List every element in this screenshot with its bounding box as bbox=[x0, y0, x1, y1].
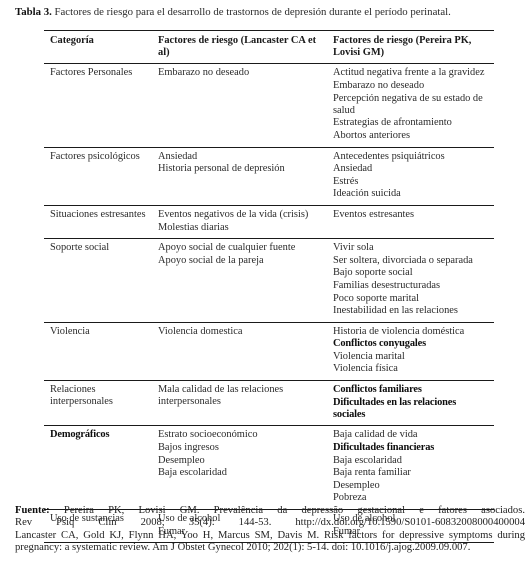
category-cell: Soporte social bbox=[44, 239, 152, 323]
risk-factor-item: Baja escolaridad bbox=[158, 467, 323, 479]
pereira-factors-cell: Baja calidad de vidaDificultades financi… bbox=[327, 426, 494, 510]
header-category: Categoría bbox=[44, 31, 152, 64]
risk-factor-item: Conflictos familiares bbox=[333, 384, 490, 396]
pereira-factors-cell: Conflictos familiaresDificultades en las… bbox=[327, 381, 494, 426]
risk-factor-item: Historia de violencia doméstica bbox=[333, 326, 490, 338]
risk-factor-item: Violencia domestica bbox=[158, 326, 323, 338]
risk-factor-item: Antecedentes psiquiátricos bbox=[333, 151, 490, 163]
risk-factor-item: Actitud negativa frente a la gravidez bbox=[333, 67, 490, 79]
risk-factor-item: Desempleo bbox=[158, 455, 323, 467]
risk-factor-item: Pobreza bbox=[333, 492, 490, 504]
pereira-factors-cell: Historia de violencia domésticaConflicto… bbox=[327, 322, 494, 380]
risk-factor-item: Estrato socioeconómico bbox=[158, 429, 323, 441]
risk-factor-item: Violencia marital bbox=[333, 351, 490, 363]
header-lancaster: Factores de riesgo (Lancaster CA et al) bbox=[152, 31, 327, 64]
risk-factor-item: Desempleo bbox=[333, 480, 490, 492]
caption-label: Tabla 3. bbox=[15, 6, 52, 18]
lancaster-factors-cell: Estrato socioeconómicoBajos ingresosDese… bbox=[152, 426, 327, 510]
pereira-factors-cell: Vivir solaSer soltera, divorciada o sepa… bbox=[327, 239, 494, 323]
risk-factor-item: Baja calidad de vida bbox=[333, 429, 490, 441]
lancaster-factors-cell: Mala calidad de las relaciones interpers… bbox=[152, 381, 327, 426]
risk-factor-item: Percepción negativa de su estado de salu… bbox=[333, 93, 490, 117]
lancaster-factors-cell: Embarazo no deseado bbox=[152, 64, 327, 147]
category-cell: Factores psicológicos bbox=[44, 147, 152, 205]
risk-factor-item: Violencia física bbox=[333, 363, 490, 375]
pereira-factors-cell: Antecedentes psiquiátricosAnsiedadEstrés… bbox=[327, 147, 494, 205]
risk-factors-table: Categoría Factores de riesgo (Lancaster … bbox=[44, 30, 494, 543]
risk-factor-item: Familias desestructuradas bbox=[333, 280, 490, 292]
footnote-line-1: Fuente: Pereira PK, Lovisi GM. Prevalênc… bbox=[15, 505, 525, 517]
risk-factor-item: Molestias diarias bbox=[158, 222, 323, 234]
category-label: Violencia bbox=[50, 326, 90, 337]
risk-factor-item: Abortos anteriores bbox=[333, 130, 490, 142]
header-pereira: Factores de riesgo (Pereira PK, Lovisi G… bbox=[327, 31, 494, 64]
category-cell: Situaciones estresantes bbox=[44, 205, 152, 238]
risk-factor-item: Apoyo social de cualquier fuente bbox=[158, 242, 323, 254]
risk-factor-item: Ser soltera, divorciada o separada bbox=[333, 255, 490, 267]
table-row: ViolenciaViolencia domesticaHistoria de … bbox=[44, 322, 494, 380]
risk-factor-item: Dificultades financieras bbox=[333, 442, 490, 454]
risk-factor-item: Baja escolaridad bbox=[333, 455, 490, 467]
category-label: Demográficos bbox=[50, 429, 109, 440]
risk-factor-item: Dificultades en las relaciones sociales bbox=[333, 397, 490, 421]
pereira-factors-cell: Eventos estresantes bbox=[327, 205, 494, 238]
risk-factor-item: Inestabilidad en las relaciones bbox=[333, 305, 490, 317]
risk-factor-item: Poco soporte marital bbox=[333, 293, 490, 305]
risk-factor-item: Conflictos conyugales bbox=[333, 338, 490, 350]
pereira-factors-cell: Actitud negativa frente a la gravidezEmb… bbox=[327, 64, 494, 147]
footnote-line-4: pregnancy: a systematic review. Am J Obs… bbox=[15, 542, 525, 554]
table-row: Factores psicológicosAnsiedadHistoria pe… bbox=[44, 147, 494, 205]
risk-factor-item: Apoyo social de la pareja bbox=[158, 255, 323, 267]
risk-factor-item: Historia personal de depresión bbox=[158, 163, 323, 175]
category-cell: Factores Personales bbox=[44, 64, 152, 147]
risk-factor-item: Bajos ingresos bbox=[158, 442, 323, 454]
source-footnote: Fuente: Pereira PK, Lovisi GM. Prevalênc… bbox=[15, 505, 525, 555]
table-body: Factores PersonalesEmbarazo no deseadoAc… bbox=[44, 64, 494, 543]
category-label: Soporte social bbox=[50, 242, 109, 253]
lancaster-factors-cell: Eventos negativos de la vida (crisis)Mol… bbox=[152, 205, 327, 238]
risk-factor-item: Ansiedad bbox=[333, 163, 490, 175]
lancaster-factors-cell: AnsiedadHistoria personal de depresión bbox=[152, 147, 327, 205]
footnote-line-2: Rev Psiq Clín 2008; 35(4): 144-53. http:… bbox=[15, 517, 525, 529]
table-row: Situaciones estresantesEventos negativos… bbox=[44, 205, 494, 238]
risk-factor-item: Ansiedad bbox=[158, 151, 323, 163]
lancaster-factors-cell: Violencia domestica bbox=[152, 322, 327, 380]
table-header-row: Categoría Factores de riesgo (Lancaster … bbox=[44, 31, 494, 64]
risk-factor-item: Estrategias de afrontamiento bbox=[333, 117, 490, 129]
category-label: Factores psicológicos bbox=[50, 151, 140, 162]
risk-factor-item: Embarazo no deseado bbox=[333, 80, 490, 92]
risk-factor-item: Bajo soporte social bbox=[333, 267, 490, 279]
category-cell: Relaciones interpersonales bbox=[44, 381, 152, 426]
risk-factor-item: Mala calidad de las relaciones interpers… bbox=[158, 384, 323, 408]
category-cell: Demográficos bbox=[44, 426, 152, 510]
table-row: DemográficosEstrato socioeconómicoBajos … bbox=[44, 426, 494, 510]
category-label: Situaciones estresantes bbox=[50, 209, 146, 220]
risk-factor-item: Ideación suicida bbox=[333, 188, 490, 200]
table-row: Soporte socialApoyo social de cualquier … bbox=[44, 239, 494, 323]
table-row: Relaciones interpersonalesMala calidad d… bbox=[44, 381, 494, 426]
risk-factor-item: Embarazo no deseado bbox=[158, 67, 323, 79]
risk-factor-item: Vivir sola bbox=[333, 242, 490, 254]
risk-factor-item: Eventos estresantes bbox=[333, 209, 490, 221]
category-label: Factores Personales bbox=[50, 67, 132, 78]
footnote-label: Fuente: bbox=[15, 505, 50, 516]
lancaster-factors-cell: Apoyo social de cualquier fuenteApoyo so… bbox=[152, 239, 327, 323]
footnote-line-3: Lancaster CA, Gold KJ, Flynn HA, Yoo H, … bbox=[15, 530, 525, 542]
risk-factor-item: Eventos negativos de la vida (crisis) bbox=[158, 209, 323, 221]
risk-factor-item: Baja renta familiar bbox=[333, 467, 490, 479]
category-cell: Violencia bbox=[44, 322, 152, 380]
caption-text: Factores de riesgo para el desarrollo de… bbox=[52, 6, 451, 18]
table-row: Factores PersonalesEmbarazo no deseadoAc… bbox=[44, 64, 494, 147]
category-label: Relaciones interpersonales bbox=[50, 384, 113, 407]
risk-factor-item: Estrés bbox=[333, 176, 490, 188]
table-caption: Tabla 3. Factores de riesgo para el desa… bbox=[15, 6, 525, 19]
